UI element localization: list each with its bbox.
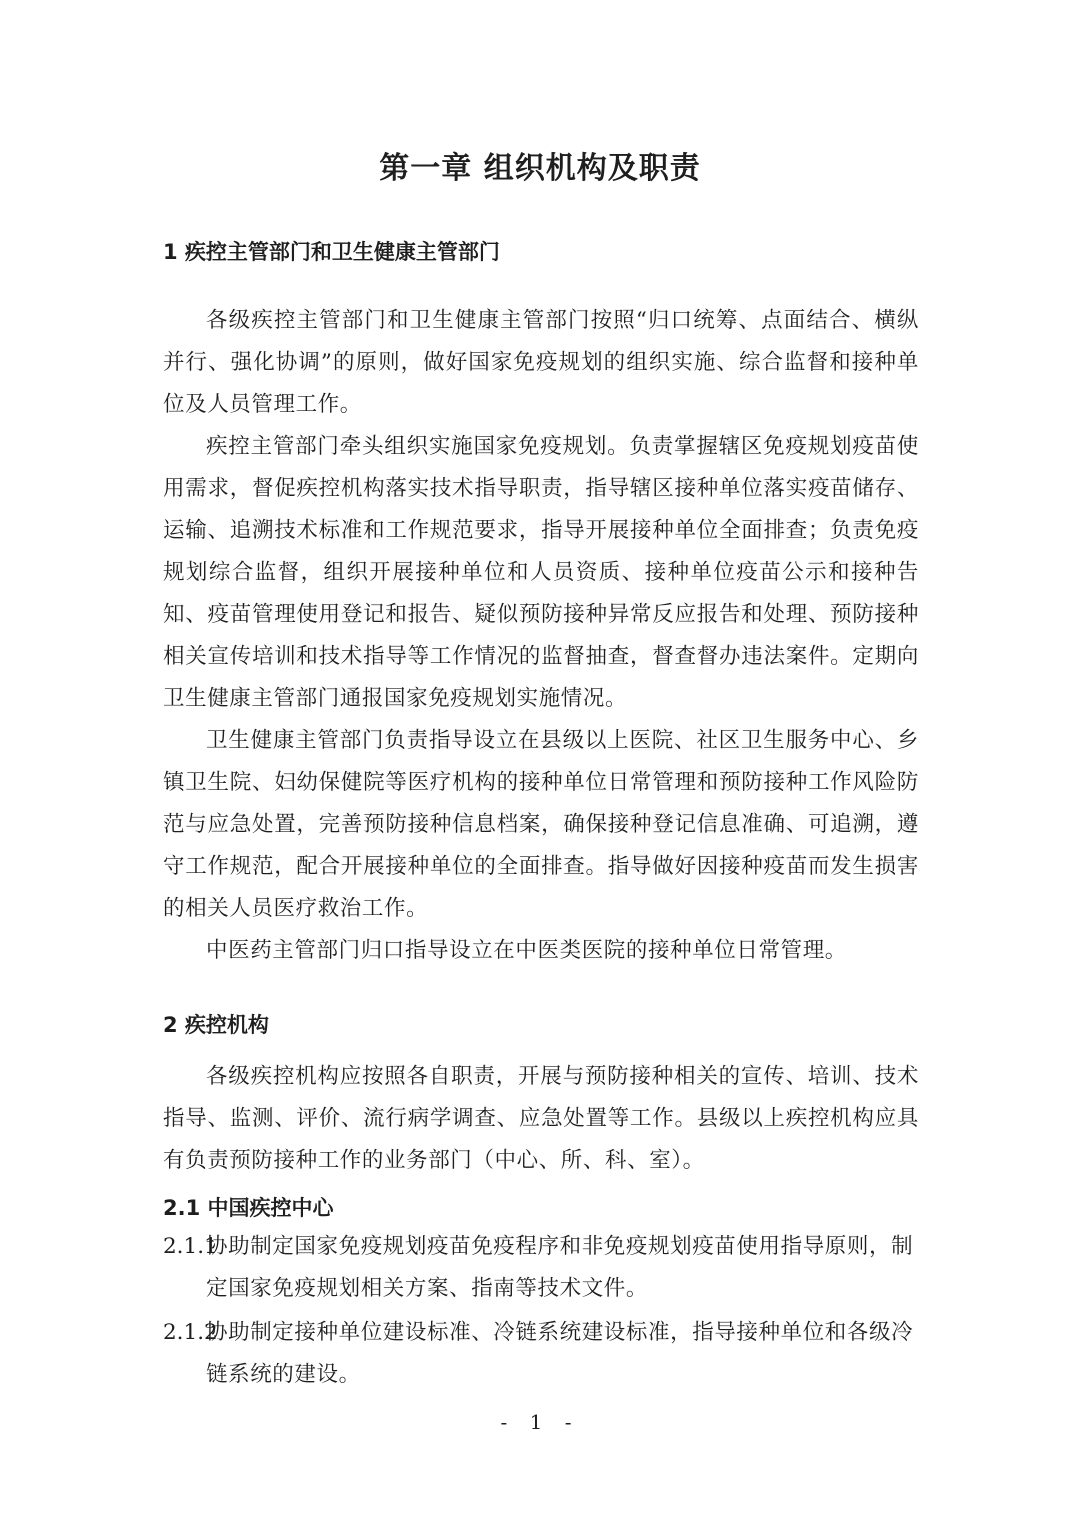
paragraph: 各级疾控机构应按照各自职责，开展与预防接种相关的宣传、培训、技术指导、监测、评价… <box>163 1056 919 1182</box>
paragraph: 各级疾控主管部门和卫生健康主管部门按照“归口统筹、点面结合、横纵并行、强化协调”… <box>163 300 919 426</box>
item-text: 协助制定国家免疫规划疫苗免疫程序和非免疫规划疫苗使用指导原则，制定国家免疫规划相… <box>206 1234 913 1301</box>
chapter-title: 第一章 组织机构及职责 <box>0 143 1080 187</box>
document-page: 第一章 组织机构及职责 1 疾控主管部门和卫生健康主管部门 各级疾控主管部门和卫… <box>0 0 1080 1527</box>
item-text: 协助制定接种单位建设标准、冷链系统建设标准，指导接种单位和各级冷链系统的建设。 <box>206 1320 913 1387</box>
section-heading-2: 2 疾控机构 <box>163 1009 269 1039</box>
page-number: - 1 - <box>0 1410 1080 1434</box>
subsection-heading: 2.1 中国疾控中心 <box>163 1192 334 1222</box>
item-number: 2.1.1 <box>163 1226 206 1268</box>
paragraph: 中医药主管部门归口指导设立在中医类医院的接种单位日常管理。 <box>163 930 919 972</box>
paragraph: 疾控主管部门牵头组织实施国家免疫规划。负责掌握辖区免疫规划疫苗使用需求，督促疾控… <box>163 426 919 720</box>
item-number: 2.1.2 <box>163 1312 206 1354</box>
list-item: 2.1.2协助制定接种单位建设标准、冷链系统建设标准，指导接种单位和各级冷链系统… <box>163 1312 919 1396</box>
list-item: 2.1.1协助制定国家免疫规划疫苗免疫程序和非免疫规划疫苗使用指导原则，制定国家… <box>163 1226 919 1310</box>
paragraph: 卫生健康主管部门负责指导设立在县级以上医院、社区卫生服务中心、乡镇卫生院、妇幼保… <box>163 720 919 930</box>
section-heading-1: 1 疾控主管部门和卫生健康主管部门 <box>163 236 500 266</box>
